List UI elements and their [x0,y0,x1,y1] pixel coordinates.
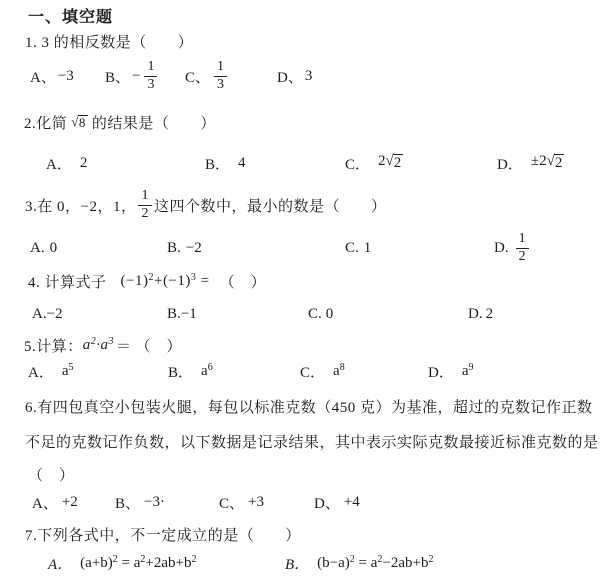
exponent: 8 [340,362,345,373]
base: a [201,363,208,379]
coefficient: ±2 [531,153,547,169]
q3-option-c-label: C. [345,240,359,257]
q4-option-c-value: 0 [326,306,334,323]
q6-option-d-label: D、 [314,492,340,513]
q5-option-a-value: a5 [62,363,74,380]
q4-option-a-value: −2 [47,306,63,323]
q4-option-c-label: C. [308,306,322,323]
q3-option-a: A.0 [30,230,57,266]
q1-stem: 1. 3 的相反数是（ ） [25,31,193,52]
q1-option-c: C、13 [185,55,229,97]
exponent-2: 3 [191,272,197,283]
q6-stem-line1-text: 6.有四包真空小包装火腿，每包以标准克数（450 克）为基准，超过的克数记作正数 [25,396,593,417]
q4-option-c: C.0 [308,303,333,325]
q5-option-c-label: C． [300,361,325,382]
radicand: 8 [78,115,88,131]
q5-stem-pre: 5.计算： [24,335,83,356]
lhs-exponent: 2 [113,554,118,565]
q4-option-a-label: A. [32,306,47,323]
radicand: 2 [393,154,404,172]
q6-option-a-value: +2 [62,494,78,511]
q6-stem-line3: （ ） [28,464,75,485]
q2-options: A．2 B．4 C．2√2 D．±2√2 [0,150,612,176]
q1-option-a-value: −3 [58,68,74,85]
exam-document: 一、填空题 1. 3 的相反数是（ ） A、−3 B、−13 C、13 D、3 … [0,0,612,583]
q2-stem: 2.化简 √8 的结果是（ ） [24,112,216,133]
base: a [462,363,469,379]
fraction-numerator: 1 [144,59,157,75]
q4-option-d: D.2 [468,303,493,325]
q7-option-a-formula: (a+b)2 = a2+2ab+b2 [80,555,196,572]
q5-options: A．a5 B．a6 C．a8 D．a9 [0,359,612,383]
q7-option-b-formula: (b−a)2 = a2−2ab+b2 [317,555,433,572]
q1-option-b-sign: − [132,68,140,85]
q6-option-b-label: B、 [115,492,140,513]
radicand: 2 [554,154,565,172]
q3-stem-post: 这四个数中，最小的数是（ ） [154,195,387,216]
q7-options: A．(a+b)2 = a2+2ab+b2 B．(b−a)2 = a2−2ab+b… [0,548,612,578]
q6-option-a: A、+2 [32,492,78,512]
q5-option-c-value: a8 [333,363,345,380]
q3-option-a-value: 0 [50,240,58,257]
q6-option-b: B、−3· [115,492,165,512]
q6-option-d: D、+4 [314,492,360,512]
q5-option-c: C．a8 [300,359,345,383]
q5-option-d: D．a9 [428,359,474,383]
q3-option-d-label: D. [494,240,509,257]
base: a [333,363,340,379]
coefficient: 2 [378,153,386,169]
q3-option-b-label: B. [167,240,181,257]
q6-stem-line2-text: 不足的克数记作负数，以下数据是记录结果，其中表示实际克数最接近标准克数的是 [25,431,599,452]
q3-options: A.0 B.−2 C.1 D.12 [0,230,612,266]
q6-option-c-value: +3 [248,494,264,511]
section-title-text: 一、填空题 [28,4,113,27]
q2-stem-pre: 2.化简 [24,112,67,133]
q5-option-a: A．a5 [28,359,74,383]
q4-option-b-label: B. [167,306,181,323]
q2-stem-radical: √8 [71,115,88,131]
q1-option-b-fraction: 13 [144,59,157,92]
q5-stem-post: （ ） [136,335,183,356]
q3-stem-fraction: 12 [138,188,152,221]
q2-option-c-label: C． [345,153,370,174]
section-title: 一、填空题 [28,4,113,27]
q6-option-c: C、+3 [219,492,264,512]
fraction-denominator: 3 [214,76,227,93]
exponent: 6 [208,362,213,373]
q1-option-c-fraction: 13 [214,59,227,92]
q5-expression: a2·a3 [83,337,114,354]
q3-option-c: C.1 [345,230,371,266]
q5-stem: 5.计算： a2·a3 ＝ （ ） [24,335,182,356]
q2-option-b-label: B． [205,153,230,174]
q1-option-d: D、3 [277,55,312,97]
rhs-middle: −2ab+ [382,555,421,571]
q2-option-a-label: A． [46,153,72,174]
exponent: 9 [469,362,474,373]
q2-option-b-value: 4 [238,155,246,172]
rhs-middle: +2ab+ [145,555,184,571]
rhs-exponent-2: 2 [429,554,434,565]
q1-option-a-label: A、 [30,66,56,87]
q2-option-c: C．2√2 [345,150,403,176]
q7-stem-text: 7.下列各式中，不一定成立的是（ ） [25,524,301,545]
q1-stem-text: 1. 3 的相反数是（ ） [25,31,193,52]
base-1: a [83,337,91,353]
equals-sign: = [359,555,367,571]
q4-stem-post: （ ） [220,271,267,292]
q4-option-d-label: D. [468,306,483,323]
rhs-exponent-2: 2 [192,554,197,565]
q6-options: A、+2 B、−3· C、+3 D、+4 [0,492,612,512]
q3-stem: 3.在 0，−2，1， 12 这四个数中，最小的数是（ ） [25,186,386,224]
q6-option-d-value: +4 [344,494,360,511]
q3-option-d-fraction: 12 [516,231,529,264]
equals-sign: = [201,273,210,289]
q6-option-b-value: −3· [144,494,165,511]
q3-stem-pre: 3.在 0，−2，1， [25,195,136,216]
q6-stem-line1: 6.有四包真空小包装火腿，每包以标准克数（450 克）为基准，超过的克数记作正数 [25,396,593,417]
q4-option-b-value: −1 [181,306,197,323]
q5-option-d-value: a9 [462,363,474,380]
q1-option-d-label: D、 [277,66,303,87]
q3-option-a-label: A. [30,240,45,257]
q1-option-b-label: B、 [105,66,130,87]
fraction-denominator: 2 [516,248,529,265]
fraction-numerator: 1 [138,188,152,204]
q7-option-b-label: B． [285,553,309,574]
q3-option-b-value: −2 [186,240,202,257]
q7-option-a-label: A． [48,553,72,574]
q4-stem-pre: 4. 计算式子 [28,271,107,292]
q2-option-d-value: ±2√2 [531,153,564,172]
q2-option-d-label: D． [497,153,523,174]
q1-option-b: B、−13 [105,55,159,97]
base: a [62,363,69,379]
fraction-denominator: 3 [144,76,157,93]
rhs-term-2: b [184,555,192,571]
q6-stem-line3-text: （ ） [28,464,75,485]
q6-option-a-label: A、 [32,492,58,513]
radical: √2 [547,154,565,172]
q5-option-b: B．a6 [168,359,213,383]
exponent: 5 [69,362,74,373]
q3-option-d: D.12 [494,230,531,266]
lhs: (b−a) [317,555,350,571]
q1-option-c-label: C、 [185,66,210,87]
q1-options: A、−3 B、−13 C、13 D、3 [0,55,612,97]
q5-option-b-value: a6 [201,363,213,380]
fraction-numerator: 1 [214,59,227,75]
q5-option-b-label: B． [168,361,193,382]
q7-option-b: B．(b−a)2 = a2−2ab+b2 [285,548,434,578]
fraction-denominator: 2 [138,205,152,222]
q4-stem: 4. 计算式子 (−1)2+(−1)3 = （ ） [28,271,266,292]
operator: + [154,273,163,289]
q7-option-a: A．(a+b)2 = a2+2ab+b2 [48,548,197,578]
lhs-exponent: 2 [350,554,355,565]
q1-option-a: A、−3 [30,55,74,97]
q4-options: A.−2 B.−1 C.0 D.2 [0,303,612,325]
q2-option-a-value: 2 [80,155,88,172]
base-2: a [101,337,109,353]
q1-option-d-value: 3 [305,68,313,85]
lhs: (a+b) [80,555,113,571]
q2-option-d: D．±2√2 [497,150,564,176]
equals-sign: ＝ [116,335,132,356]
q2-option-a: A．2 [46,150,87,176]
term-2: (−1) [163,273,191,289]
q2-option-c-value: 2√2 [378,153,403,172]
q4-option-b: B.−1 [167,303,197,325]
q5-option-a-label: A． [28,361,54,382]
q6-stem-line2: 不足的克数记作负数，以下数据是记录结果，其中表示实际克数最接近标准克数的是 [25,431,599,452]
rhs-term-2: b [421,555,429,571]
equals-sign: = [122,555,130,571]
radical: √2 [386,154,404,172]
q4-option-a: A.−2 [32,303,63,325]
q5-option-d-label: D． [428,361,454,382]
fraction-numerator: 1 [516,231,529,247]
q4-expression: (−1)2+(−1)3 = [121,273,210,290]
exponent-2: 3 [109,336,115,347]
q4-option-d-value: 2 [486,306,494,323]
q7-stem: 7.下列各式中，不一定成立的是（ ） [25,524,301,545]
q2-option-b: B．4 [205,150,246,176]
term-1: (−1) [121,273,149,289]
q3-option-b: B.−2 [167,230,202,266]
q3-option-c-value: 1 [364,240,372,257]
q2-stem-post: 的结果是（ ） [92,112,216,133]
q6-option-c-label: C、 [219,492,244,513]
